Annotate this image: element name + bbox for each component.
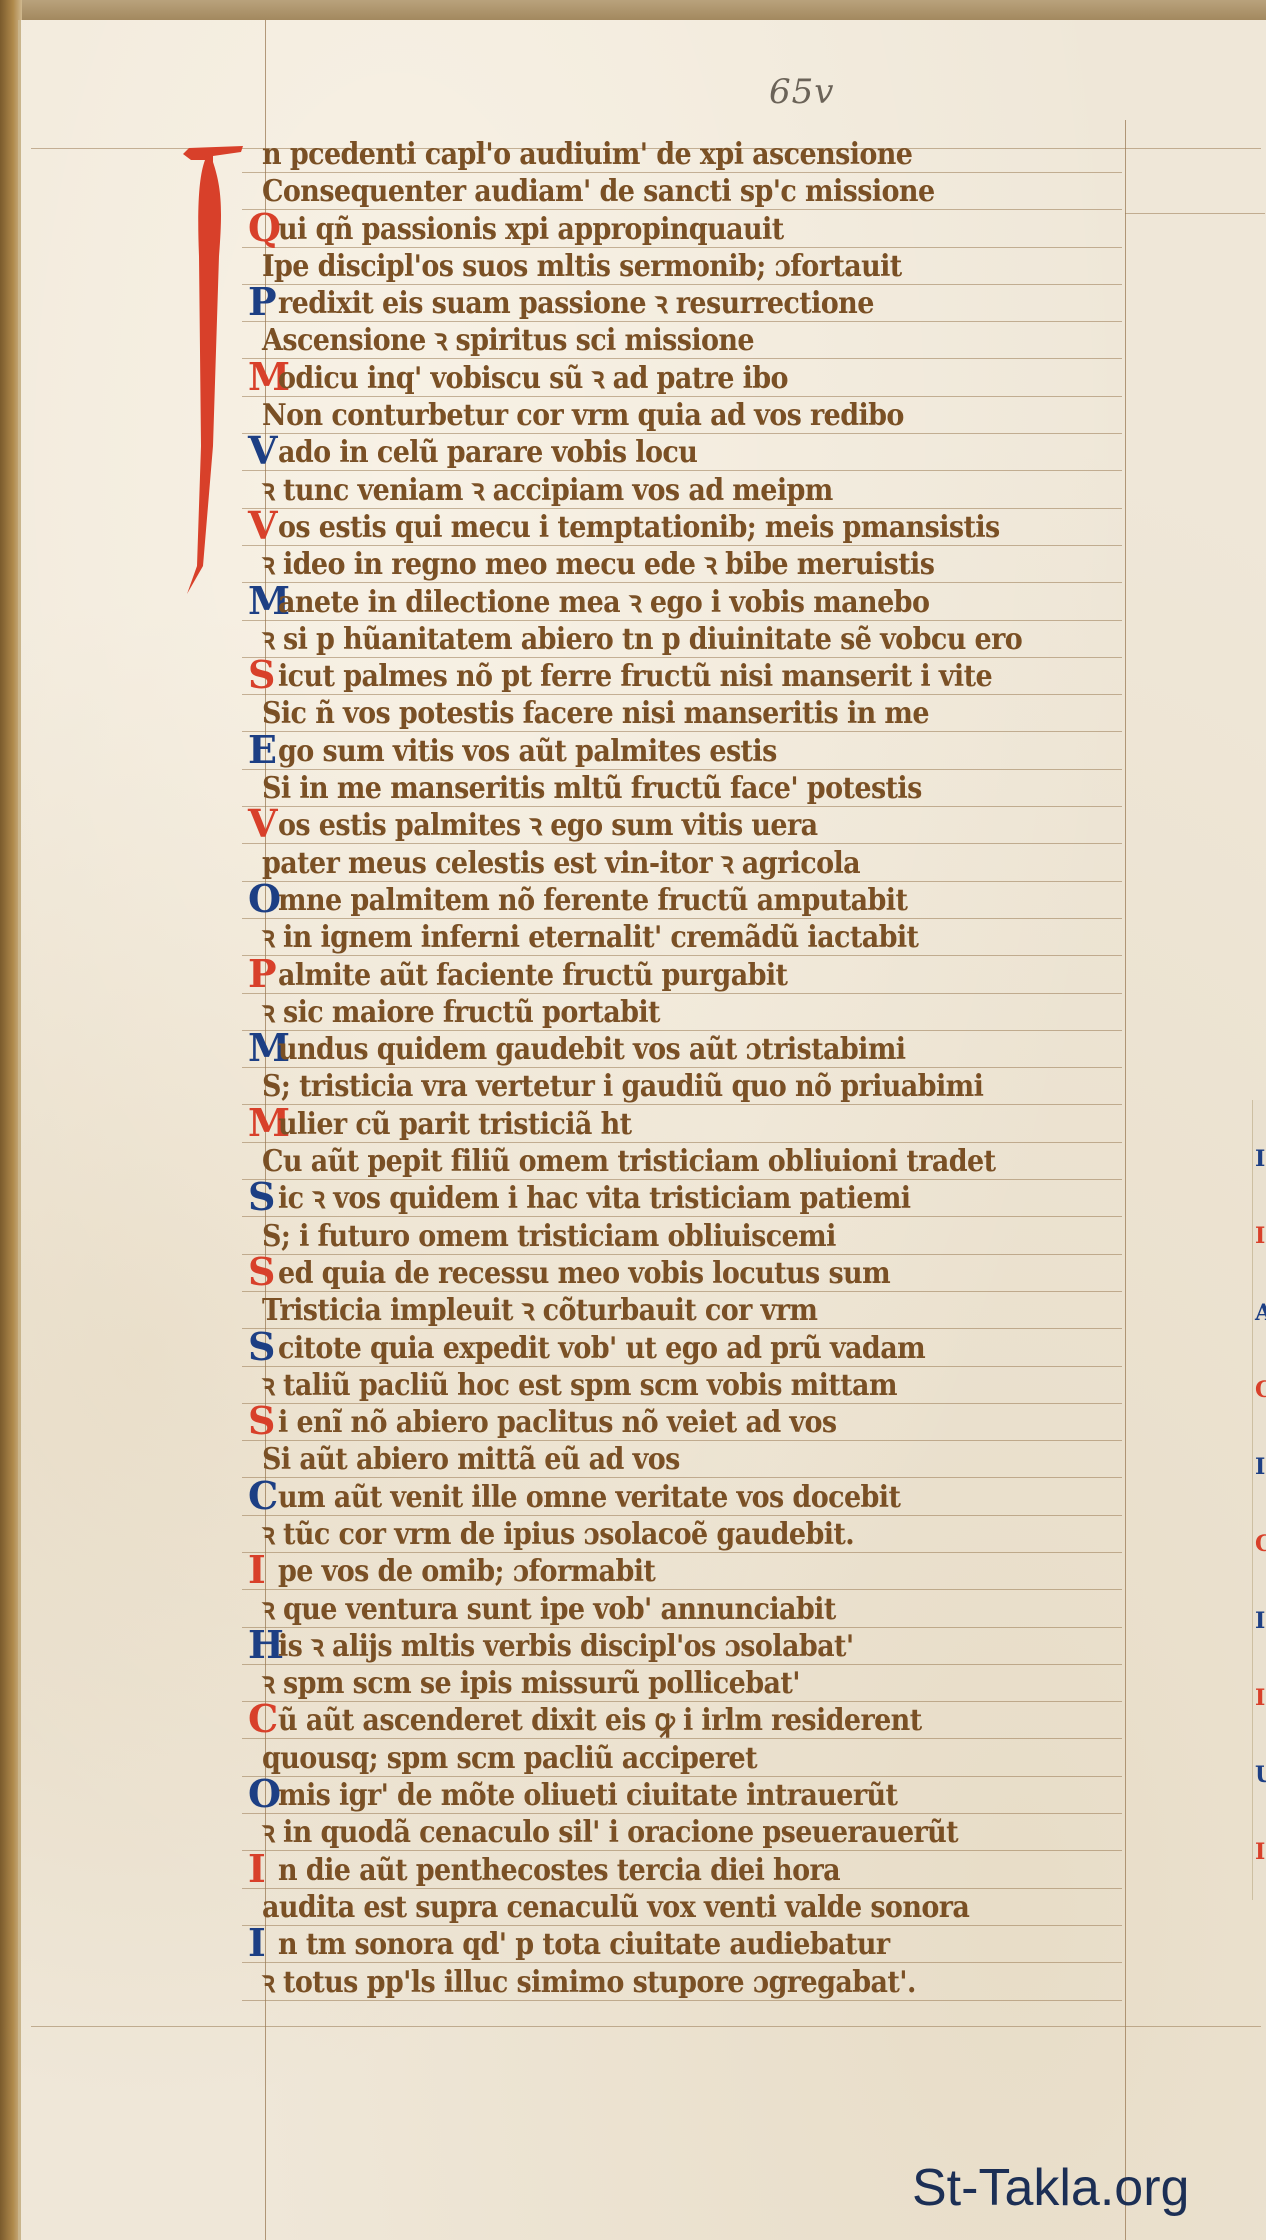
line-text: um aũt venit ille omne veritate vos doce…: [262, 1476, 900, 1517]
line-text: ũ aũt ascenderet dixit eis ꝙ i irlm resi…: [262, 1700, 922, 1741]
line-text: is ꝛ alijs mltis verbis discipl'os ɔsola…: [262, 1626, 854, 1667]
text-line: Sic ꝛ vos quidem i hac vita tristiciam p…: [262, 1180, 1142, 1217]
line-text: citote quia expedit vob' ut ego ad prũ v…: [262, 1327, 925, 1368]
text-line: Omne palmitem nõ ferente fructũ amputabi…: [262, 882, 1142, 919]
text-line: Ascensione ꝛ spiritus sci missione: [262, 322, 1142, 359]
line-text: os estis palmites ꝛ ego sum vitis uera: [262, 805, 818, 846]
text-line: Tristicia impleuit ꝛ cõturbauit cor vrm: [262, 1292, 1142, 1329]
text-line: Sicut palmes nõ pt ferre fructũ nisi man…: [262, 658, 1142, 695]
facing-page-initial: I: [1255, 1835, 1266, 1870]
text-line: His ꝛ alijs mltis verbis discipl'os ɔsol…: [262, 1628, 1142, 1665]
line-text: Sic ñ vos potestis facere nisi manseriti…: [262, 693, 929, 734]
text-line: ꝛ in quodã cenaculo sil' i oracione pseu…: [262, 1814, 1142, 1851]
line-text: Si aũt abiero mittã eũ ad vos: [262, 1439, 680, 1480]
text-block: n pcedenti capl'o audiuim' de xpi ascens…: [262, 136, 1142, 2001]
text-line: quousq; spm scm pacliũ acciperet: [262, 1740, 1142, 1777]
line-text: almite aũt faciente fructũ purgabit: [262, 954, 787, 995]
line-text: ui qñ passionis xpi appropinquauit: [262, 208, 784, 249]
facing-page-initial: I: [1255, 1681, 1266, 1716]
line-text: icut palmes nõ pt ferre fructũ nisi mans…: [262, 656, 992, 697]
line-text: ꝛ in quodã cenaculo sil' i oracione pseu…: [262, 1812, 958, 1853]
text-line: Modicu inq' vobiscu sũ ꝛ ad patre ibo: [262, 360, 1142, 397]
text-line: Mundus quidem gaudebit vos aũt ɔtristabi…: [262, 1031, 1142, 1068]
text-line: ꝛ totus pp'ls illuc simimo stupore ɔgreg…: [262, 1964, 1142, 2001]
line-text: ꝛ que ventura sunt ipe vob' annunciabit: [262, 1588, 836, 1629]
facing-page-initial: C: [1255, 1527, 1266, 1562]
text-line: S; i futuro omem tristiciam obliuiscemi: [262, 1218, 1142, 1255]
line-text: pe vos de omib; ɔformabit: [262, 1551, 655, 1592]
line-text: os estis qui mecu i temptationib; meis p…: [262, 507, 1000, 548]
text-line: pater meus celestis est vin-itor ꝛ agric…: [262, 845, 1142, 882]
facing-page-edge: IIACICIIUI: [1252, 1100, 1266, 1900]
text-line: Vado in celũ parare vobis locu: [262, 434, 1142, 471]
watermark: St-Takla.org: [912, 2158, 1189, 2218]
facing-page-initial: U: [1255, 1758, 1266, 1793]
line-text: odicu inq' vobiscu sũ ꝛ ad patre ibo: [262, 358, 788, 399]
text-line: In tm sonora qd' p tota ciuitate audieba…: [262, 1926, 1142, 1963]
right-margin-ruling: [1125, 213, 1265, 214]
text-line: Sed quia de recessu meo vobis locutus su…: [262, 1255, 1142, 1292]
decorated-initial-i: [183, 146, 243, 596]
text-line: audita est supra cenaculũ vox venti vald…: [262, 1889, 1142, 1926]
line-text: ic ꝛ vos quidem i hac vita tristiciam pa…: [262, 1178, 910, 1219]
line-text: mis igr' de mõte oliueti ciuitate intrau…: [262, 1775, 897, 1816]
line-text: ꝛ in ignem inferni eternalit' cremãdũ ia…: [262, 917, 918, 958]
text-line: Vos estis qui mecu i temptationib; meis …: [262, 509, 1142, 546]
line-text: anete in dilectione mea ꝛ ego i vobis ma…: [262, 581, 929, 622]
line-text: ed quia de recessu meo vobis locutus sum: [262, 1253, 890, 1294]
text-line: Omis igr' de mõte oliueti ciuitate intra…: [262, 1777, 1142, 1814]
line-text: mne palmitem nõ ferente fructũ amputabit: [262, 880, 907, 921]
line-text: ꝛ tunc veniam ꝛ accipiam vos ad meipm: [262, 469, 833, 510]
line-text: Si in me manseritis mltũ fructũ face' po…: [262, 768, 922, 809]
line-text: ado in celũ parare vobis locu: [262, 432, 697, 473]
facing-page-initial: I: [1255, 1219, 1266, 1254]
line-text: Tristicia impleuit ꝛ cõturbauit cor vrm: [262, 1290, 817, 1331]
line-text: pater meus celestis est vin-itor ꝛ agric…: [262, 842, 860, 883]
line-text: ꝛ spm scm se ipis missurũ pollicebat': [262, 1663, 800, 1704]
folio-number: 65v: [769, 72, 834, 112]
line-text: n die aũt penthecostes tercia diei hora: [262, 1849, 840, 1890]
line-text: ꝛ si p hũanitatem abiero tn p diuinitate…: [262, 619, 1022, 660]
line-text: Ipe discipl'os suos mltis sermonib; ɔfor…: [262, 246, 902, 287]
text-line: Sic ñ vos potestis facere nisi manseriti…: [262, 695, 1142, 732]
line-text: ꝛ ideo in regno meo mecu ede ꝛ bibe meru…: [262, 544, 934, 585]
text-line: Si aũt abiero mittã eũ ad vos: [262, 1441, 1142, 1478]
text-line: Cũ aũt ascenderet dixit eis ꝙ i irlm res…: [262, 1702, 1142, 1739]
text-line: Si in me manseritis mltũ fructũ face' po…: [262, 770, 1142, 807]
text-line: Predixit eis suam passione ꝛ resurrectio…: [262, 285, 1142, 322]
line-text: Consequenter audiam' de sancti sp'c miss…: [262, 171, 935, 212]
text-line: Qui qñ passionis xpi appropinquauit: [262, 211, 1142, 248]
line-text: i enĩ nõ abiero paclitus nõ veiet ad vos: [262, 1402, 837, 1443]
line-text: ꝛ tũc cor vrm de ipius ɔsolacoẽ gaudebit…: [262, 1514, 854, 1555]
line-text: n pcedenti capl'o audiuim' de xpi ascens…: [262, 134, 912, 175]
text-line: Cum aũt venit ille omne veritate vos doc…: [262, 1479, 1142, 1516]
line-text: Ascensione ꝛ spiritus sci missione: [262, 320, 754, 361]
bottom-ruling-line: [31, 2026, 1261, 2027]
line-text: ꝛ taliũ pacliũ hoc est spm scm vobis mit…: [262, 1365, 897, 1406]
text-line: Si enĩ nõ abiero paclitus nõ veiet ad vo…: [262, 1404, 1142, 1441]
facing-page-initial: A: [1255, 1296, 1266, 1331]
text-line: S; tristicia vra vertetur i gaudiũ quo n…: [262, 1068, 1142, 1105]
line-text: ꝛ totus pp'ls illuc simimo stupore ɔgreg…: [262, 1961, 916, 2002]
text-line: Ego sum vitis vos aũt palmites estis: [262, 733, 1142, 770]
text-line: Ipe discipl'os suos mltis sermonib; ɔfor…: [262, 248, 1142, 285]
line-text: S; i futuro omem tristiciam obliuiscemi: [262, 1215, 836, 1256]
text-line: Vos estis palmites ꝛ ego sum vitis uera: [262, 807, 1142, 844]
text-line: ꝛ ideo in regno meo mecu ede ꝛ bibe meru…: [262, 546, 1142, 583]
text-line: ꝛ tũc cor vrm de ipius ɔsolacoẽ gaudebit…: [262, 1516, 1142, 1553]
text-line: In die aũt penthecostes tercia diei hora: [262, 1852, 1142, 1889]
line-text: audita est supra cenaculũ vox venti vald…: [262, 1887, 969, 1928]
text-line: Palmite aũt faciente fructũ purgabit: [262, 957, 1142, 994]
text-line: Mulier cũ parit tristiciã ht: [262, 1106, 1142, 1143]
text-line: ꝛ spm scm se ipis missurũ pollicebat': [262, 1665, 1142, 1702]
text-line: ꝛ si p hũanitatem abiero tn p diuinitate…: [262, 621, 1142, 658]
text-line: Consequenter audiam' de sancti sp'c miss…: [262, 173, 1142, 210]
line-text: quousq; spm scm pacliũ acciperet: [262, 1738, 757, 1779]
facing-page-initial: I: [1255, 1604, 1266, 1639]
text-line: ꝛ taliũ pacliũ hoc est spm scm vobis mit…: [262, 1367, 1142, 1404]
facing-page-initial: I: [1255, 1450, 1266, 1485]
line-text: Non conturbetur cor vrm quia ad vos redi…: [262, 395, 904, 436]
line-text: ꝛ sic maiore fructũ portabit: [262, 992, 660, 1033]
line-text: redixit eis suam passione ꝛ resurrection…: [262, 283, 874, 324]
line-text: ulier cũ parit tristiciã ht: [262, 1103, 632, 1144]
text-line: ꝛ in ignem inferni eternalit' cremãdũ ia…: [262, 919, 1142, 956]
facing-page-initial: C: [1255, 1373, 1266, 1408]
line-text: S; tristicia vra vertetur i gaudiũ quo n…: [262, 1066, 983, 1107]
text-line: Scitote quia expedit vob' ut ego ad prũ …: [262, 1330, 1142, 1367]
text-line: Ipe vos de omib; ɔformabit: [262, 1553, 1142, 1590]
text-line: Cu aũt pepit filiũ omem tristiciam obliu…: [262, 1143, 1142, 1180]
line-text: go sum vitis vos aũt palmites estis: [262, 731, 777, 772]
text-line: ꝛ tunc veniam ꝛ accipiam vos ad meipm: [262, 472, 1142, 509]
facing-page-initial: I: [1255, 1142, 1266, 1177]
line-text: n tm sonora qd' p tota ciuitate audiebat…: [262, 1924, 890, 1965]
text-line: Manete in dilectione mea ꝛ ego i vobis m…: [262, 584, 1142, 621]
line-text: Cu aũt pepit filiũ omem tristiciam obliu…: [262, 1141, 995, 1182]
line-text: undus quidem gaudebit vos aũt ɔtristabim…: [262, 1029, 905, 1070]
text-line: Non conturbetur cor vrm quia ad vos redi…: [262, 397, 1142, 434]
text-line: n pcedenti capl'o audiuim' de xpi ascens…: [262, 136, 1142, 173]
text-line: ꝛ que ventura sunt ipe vob' annunciabit: [262, 1591, 1142, 1628]
text-line: ꝛ sic maiore fructũ portabit: [262, 994, 1142, 1031]
